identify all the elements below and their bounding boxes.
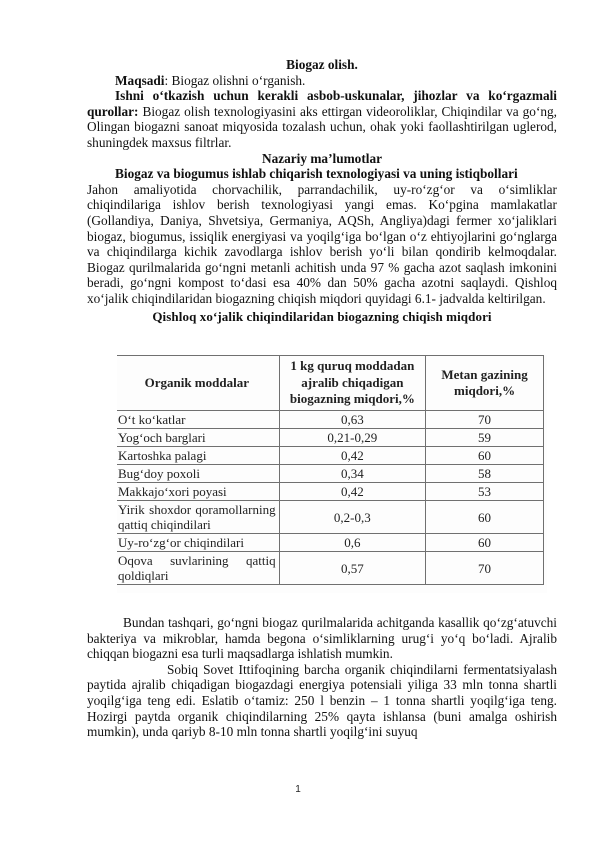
purpose-label: Maqsadi bbox=[115, 73, 165, 88]
cell-biogas-yield: 0,42 bbox=[279, 447, 426, 465]
cell-biogas-yield: 0,63 bbox=[279, 411, 426, 429]
cell-methane-content: 70 bbox=[426, 411, 544, 429]
table-row: Uy-ro‘zg‘or chiqindilari0,660 bbox=[117, 534, 544, 552]
cell-methane-content: 70 bbox=[426, 552, 544, 585]
biogas-yield-table: Organik moddalar 1 kg quruq moddadan ajr… bbox=[117, 355, 544, 585]
cell-organic-matter: O‘t ko‘katlar bbox=[117, 411, 279, 429]
cell-biogas-yield: 0,34 bbox=[279, 465, 426, 483]
purpose-line: Maqsadi: Biogaz olishni o‘rganish. bbox=[87, 73, 557, 89]
table-row: Yog‘och barglari0,21-0,2959 bbox=[117, 429, 544, 447]
cell-methane-content: 60 bbox=[426, 534, 544, 552]
cell-organic-matter: Uy-ro‘zg‘or chiqindilari bbox=[117, 534, 279, 552]
table-row: Makkajo‘xori poyasi0,4253 bbox=[117, 483, 544, 501]
table-row: Bug‘doy poxoli0,3458 bbox=[117, 465, 544, 483]
cell-methane-content: 60 bbox=[426, 447, 544, 465]
cell-methane-content: 60 bbox=[426, 501, 544, 534]
after-table-text: Bundan tashqari, go‘ngni biogaz qurilmal… bbox=[87, 615, 557, 740]
header-biogas-yield: 1 kg quruq moddadan ajralib chiqadigan b… bbox=[279, 356, 426, 411]
cell-methane-content: 58 bbox=[426, 465, 544, 483]
header-methane-content: Metan gazining miqdori,% bbox=[426, 356, 544, 411]
cell-organic-matter: Yog‘och barglari bbox=[117, 429, 279, 447]
cell-organic-matter: Makkajo‘xori poyasi bbox=[117, 483, 279, 501]
cell-biogas-yield: 0,2-0,3 bbox=[279, 501, 426, 534]
document-title: Biogaz olish. bbox=[87, 57, 557, 73]
theory-heading: Nazariy ma’lumotlar bbox=[87, 151, 557, 167]
biogas-table-image: Organik moddalar 1 kg quruq moddadan ajr… bbox=[117, 355, 547, 593]
paragraph-energy-potential: Sobiq Sovet Ittifoqining barcha organik … bbox=[87, 662, 557, 740]
document-page: Biogaz olish. Maqsadi: Biogaz olishni o‘… bbox=[87, 57, 557, 324]
table-row: Yirik shoxdor qoramollarning qattiq chiq… bbox=[117, 501, 544, 534]
cell-organic-matter: Oqova suvlarining qattiq qoldiqlari bbox=[117, 552, 279, 585]
cell-biogas-yield: 0,21-0,29 bbox=[279, 429, 426, 447]
page-number: 1 bbox=[0, 782, 596, 798]
paragraph-disease: Bundan tashqari, go‘ngni biogaz qurilmal… bbox=[87, 615, 557, 662]
table-caption: Qishloq xo‘jalik chiqindilaridan biogazn… bbox=[87, 309, 557, 325]
table-row: Oqova suvlarining qattiq qoldiqlari0,577… bbox=[117, 552, 544, 585]
intro-paragraph: Jahon amaliyotida chorvachilik, parranda… bbox=[87, 182, 557, 307]
table-row: O‘t ko‘katlar0,6370 bbox=[117, 411, 544, 429]
equipment-text: Biogaz olish texnologiyasini aks ettirga… bbox=[87, 104, 557, 150]
purpose-text: : Biogaz olishni o‘rganish. bbox=[165, 73, 306, 88]
section-heading: Biogaz va biogumus ishlab chiqarish texn… bbox=[87, 166, 557, 182]
cell-organic-matter: Bug‘doy poxoli bbox=[117, 465, 279, 483]
equipment-paragraph: Ishni o‘tkazish uchun kerakli asbob-usku… bbox=[87, 88, 557, 150]
cell-methane-content: 59 bbox=[426, 429, 544, 447]
cell-biogas-yield: 0,6 bbox=[279, 534, 426, 552]
cell-biogas-yield: 0,42 bbox=[279, 483, 426, 501]
section-heading-text: Biogaz va biogumus ishlab chiqarish texn… bbox=[115, 166, 518, 181]
table-header-row: Organik moddalar 1 kg quruq moddadan ajr… bbox=[117, 356, 544, 411]
cell-biogas-yield: 0,57 bbox=[279, 552, 426, 585]
cell-organic-matter: Kartoshka palagi bbox=[117, 447, 279, 465]
cell-organic-matter: Yirik shoxdor qoramollarning qattiq chiq… bbox=[117, 501, 279, 534]
table-row: Kartoshka palagi0,4260 bbox=[117, 447, 544, 465]
cell-methane-content: 53 bbox=[426, 483, 544, 501]
header-organic-matter: Organik moddalar bbox=[117, 356, 279, 411]
